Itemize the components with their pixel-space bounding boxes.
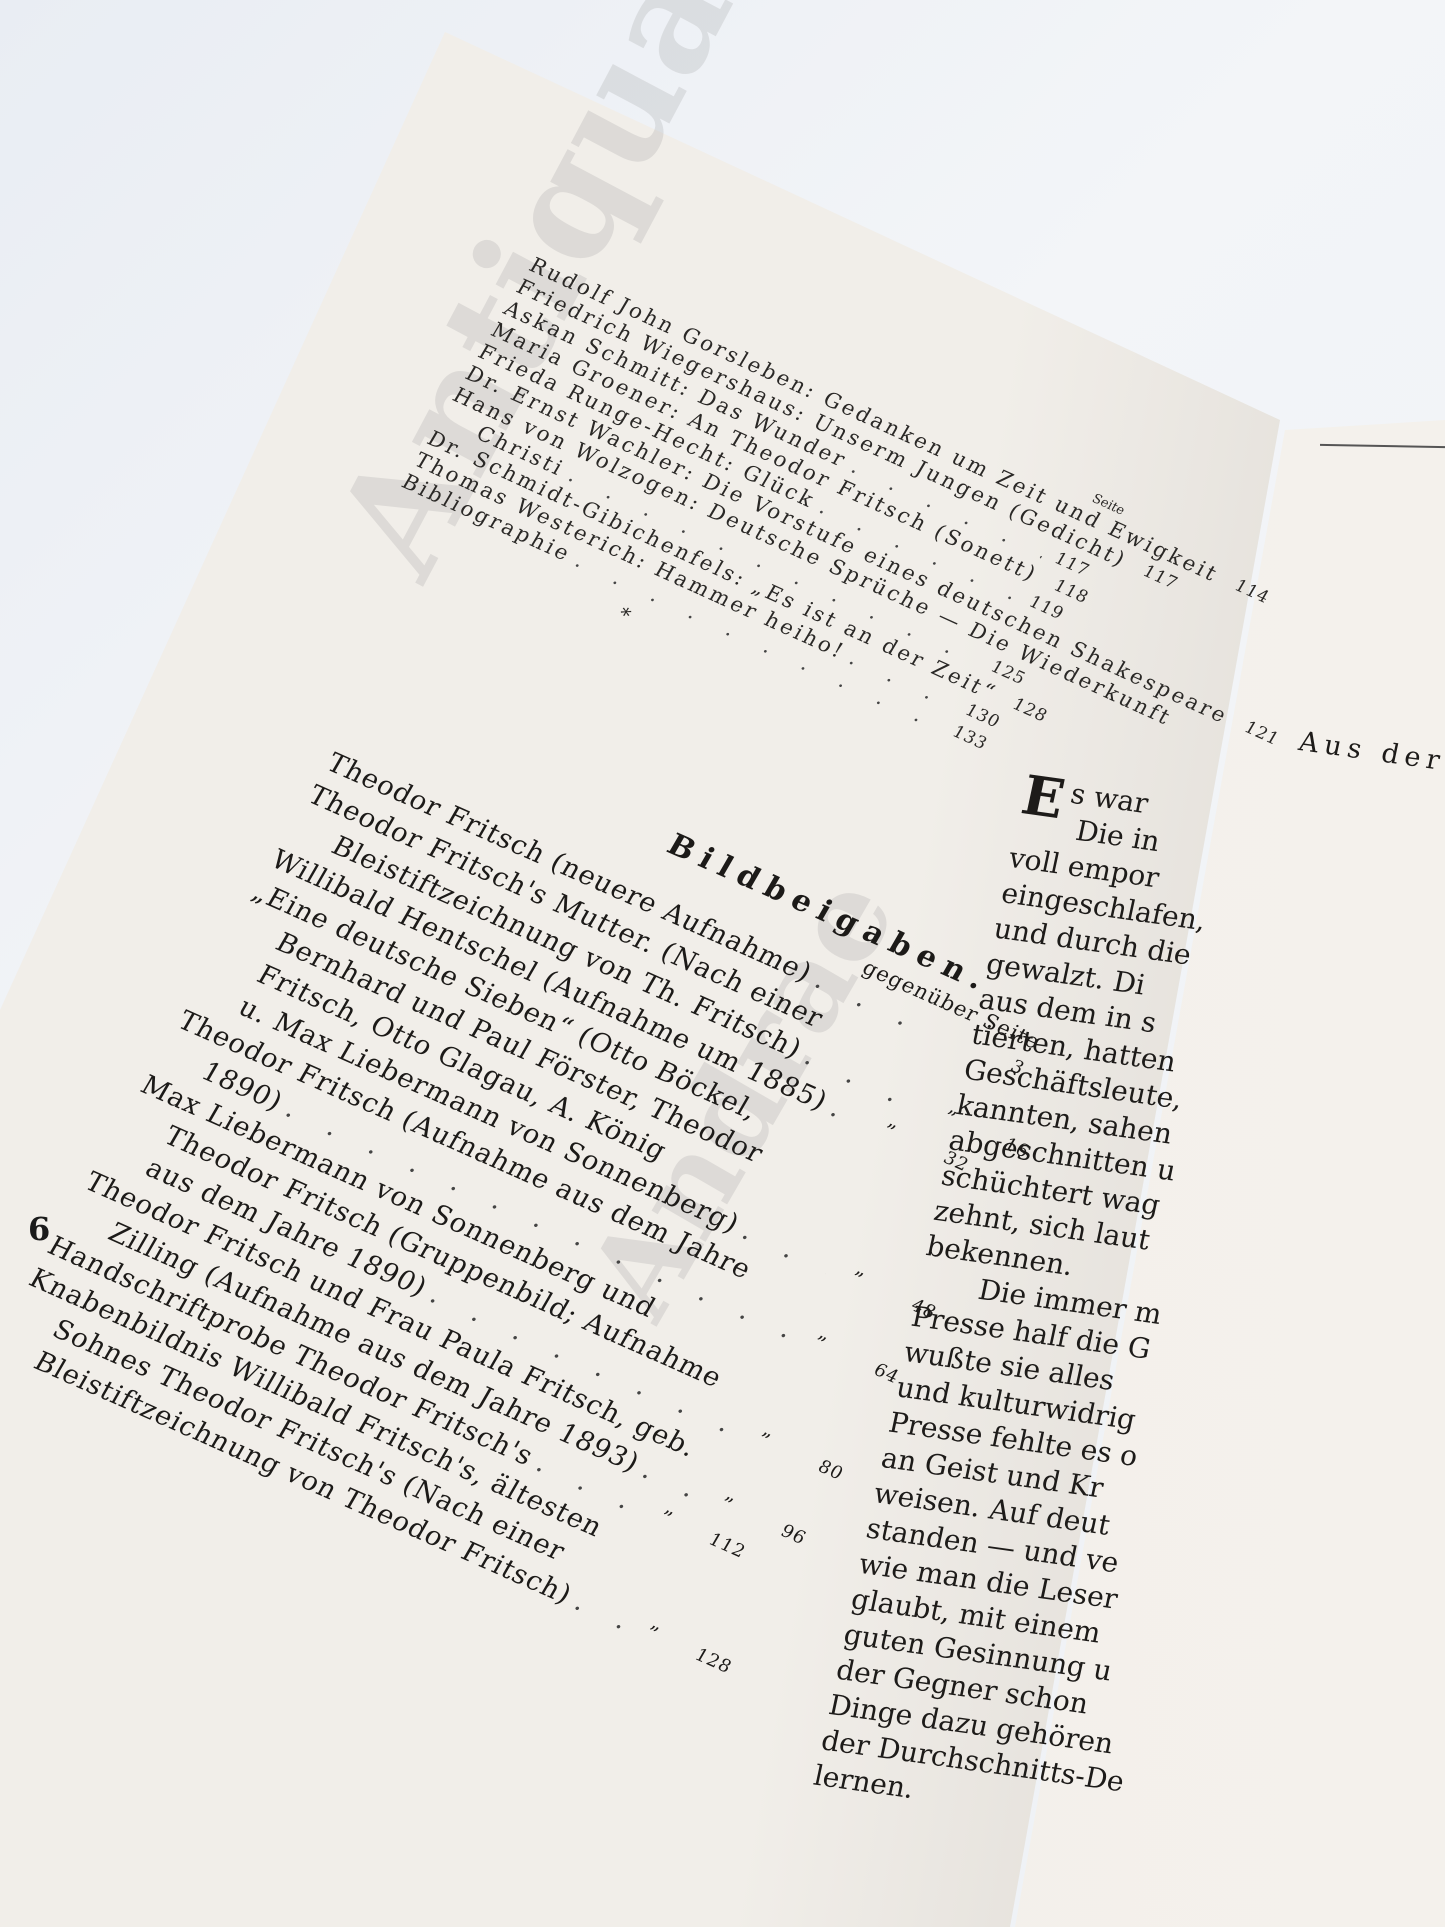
page-number: 6 (28, 1210, 50, 1248)
